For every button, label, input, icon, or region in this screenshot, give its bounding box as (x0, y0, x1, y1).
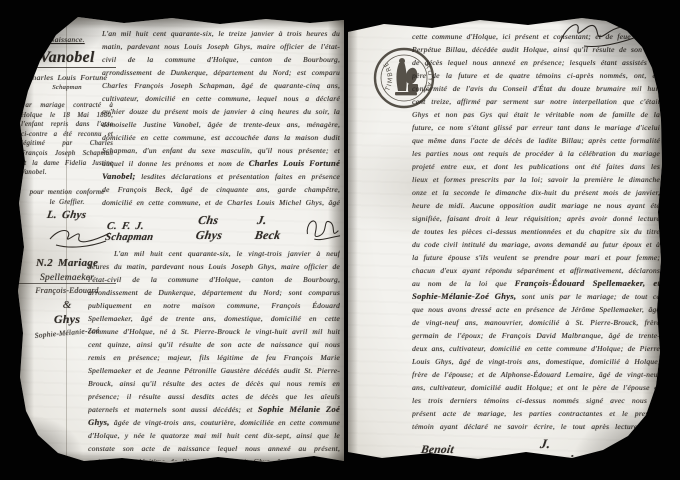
signature-schapman: C. F. J. Schapman (104, 221, 185, 243)
marriage-act-start-text: L'an mil huit cent quarante-six, le ving… (88, 247, 340, 461)
marriage-act-end-text: cette commune d'Holque, ici présent et c… (412, 30, 660, 434)
margin-legitimation-note: Par mariage contracté à Holque le 18 Mai… (21, 101, 113, 178)
marriage-end-before: cette commune d'Holque, ici présent et c… (412, 32, 660, 288)
birth-act-before: L'an mil huit cent quarante-six, le trei… (102, 29, 340, 168)
scanned-register-spread: Naissance. Vanobel Charles Louis Fortuné… (0, 0, 680, 480)
marriage-end-after: sont unis par le mariage; de tout ce que… (412, 292, 660, 434)
signature-j-beck: J. Beck (253, 213, 292, 243)
birth-act-after: lesdites déclarations et présentation fa… (102, 172, 340, 211)
marriage-signature-row: Benoit Ghys Ghys J. Lemaire (420, 436, 664, 468)
marriage-act-after: âgée de vingt-trois ans, couturière, dom… (88, 418, 340, 461)
right-paraph-icon (615, 438, 664, 468)
signature-malbranque: D. Malbranque (430, 456, 489, 466)
mayor-paraph-icon (304, 213, 344, 243)
right-page: TIMBRE ROYAL cette commune d'Holque, ici… (348, 12, 664, 468)
signature-lemaire: J. Lemaire (536, 436, 603, 468)
birth-signature-row: C. F. J. Schapman Chs Ghys J. Beck (106, 213, 344, 243)
signature-ghys: Ghys (495, 452, 526, 468)
birth-act-text: L'an mil huit cent quarante-six, le trei… (102, 27, 340, 211)
signature-chs-ghys: Chs Ghys (195, 213, 244, 243)
left-page: Naissance. Vanobel Charles Louis Fortuné… (14, 15, 344, 465)
marriage-act-before: L'an mil huit cent quarante-six, le ving… (88, 249, 340, 414)
